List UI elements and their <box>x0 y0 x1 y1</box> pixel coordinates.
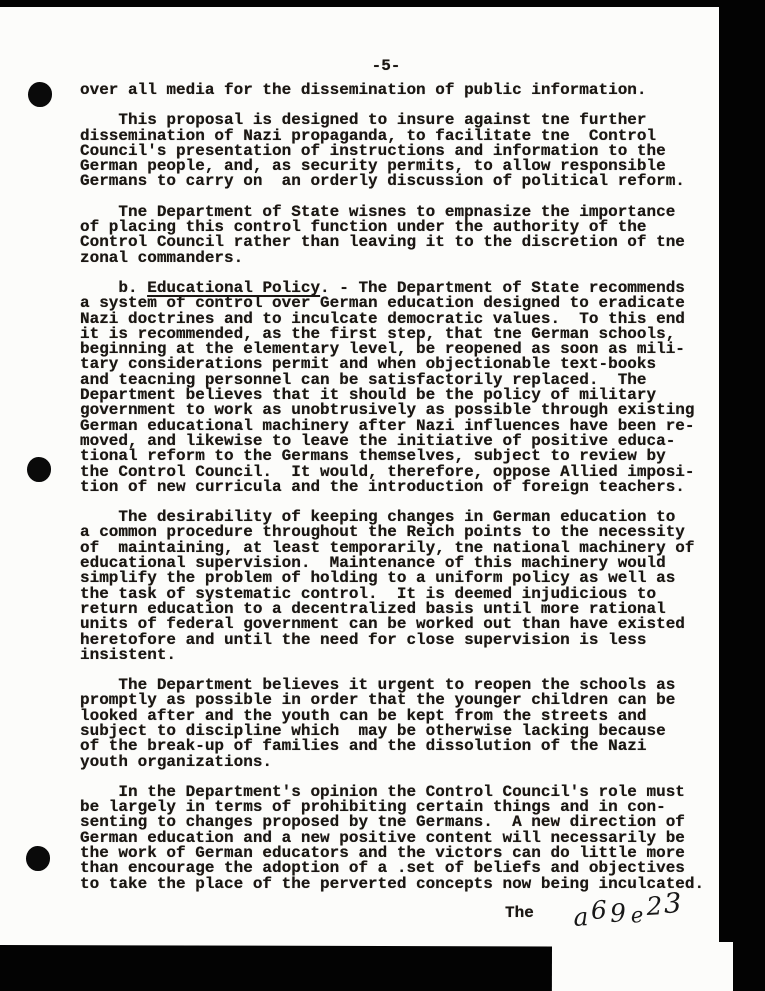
typed-paragraph: over all media for the dissemination of … <box>80 83 705 98</box>
hole-punch-mark <box>26 846 50 871</box>
typed-paragraph: The desirability of keeping changes in G… <box>80 510 705 663</box>
scanned-document-page: -5- over all media for the dissemination… <box>0 0 765 991</box>
typed-paragraph: In the Department's opinion the Control … <box>80 785 705 892</box>
page-number: -5- <box>80 59 692 74</box>
typed-paragraph: b. Educational Policy. - The Department … <box>80 281 705 495</box>
handwritten-code: a69e23 <box>573 898 685 919</box>
hole-punch-mark <box>28 82 52 107</box>
footer-row: The a69e23 <box>505 901 685 921</box>
scan-artifact-bottom-bar <box>0 945 552 991</box>
scan-artifact-right-bar-lower <box>733 940 765 991</box>
paragraphs-container: over all media for the dissemination of … <box>80 83 705 907</box>
catchword: The <box>505 906 534 921</box>
hole-punch-mark <box>27 457 51 482</box>
scan-artifact-top-bar <box>0 0 765 7</box>
scan-artifact-right-bar <box>719 5 765 942</box>
typed-paragraph: Tne Department of State wisnes to empnas… <box>80 205 705 266</box>
typed-paragraph: This proposal is designed to insure agai… <box>80 113 705 189</box>
typed-paragraph: The Department believes it urgent to reo… <box>80 678 705 770</box>
